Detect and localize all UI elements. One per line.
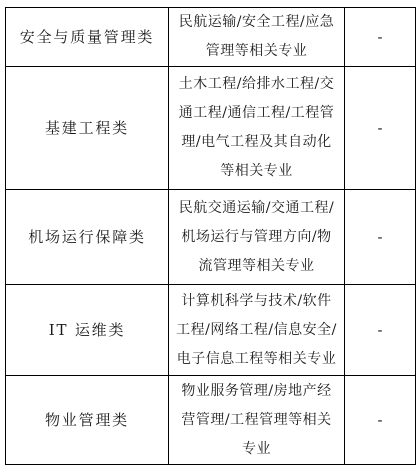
table-body: 安全与质量管理类 民航运输/安全工程/应急 管理等相关专业 - 基建工程类 土木… [6,8,416,465]
note-cell: - [345,67,416,190]
note-cell: - [345,190,416,285]
table-row: 安全与质量管理类 民航运输/安全工程/应急 管理等相关专业 - [6,8,416,67]
table-row: 基建工程类 土木工程/给排水工程/交 通工程/通信工程/工程管 理/电气工程及其… [6,67,416,190]
category-cell: 机场运行保障类 [6,190,169,285]
note-cell: - [345,376,416,465]
majors-cell: 计算机科学与技术/软件 工程/网络工程/信息安全/ 电子信息工程等相关专业 [169,285,345,376]
category-cell: IT 运维类 [6,285,169,376]
job-categories-table: 安全与质量管理类 民航运输/安全工程/应急 管理等相关专业 - 基建工程类 土木… [5,7,416,465]
majors-cell: 土木工程/给排水工程/交 通工程/通信工程/工程管 理/电气工程及其自动化 等相… [169,67,345,190]
majors-cell: 民航交通运输/交通工程/ 机场运行与管理方向/物 流管理等相关专业 [169,190,345,285]
majors-cell: 民航运输/安全工程/应急 管理等相关专业 [169,8,345,67]
note-cell: - [345,285,416,376]
majors-cell: 物业服务管理/房地产经 营管理/工程管理等相关 专业 [169,376,345,465]
category-cell: 基建工程类 [6,67,169,190]
note-cell: - [345,8,416,67]
table-row: 机场运行保障类 民航交通运输/交通工程/ 机场运行与管理方向/物 流管理等相关专… [6,190,416,285]
table-row: 物业管理类 物业服务管理/房地产经 营管理/工程管理等相关 专业 - [6,376,416,465]
table-row: IT 运维类 计算机科学与技术/软件 工程/网络工程/信息安全/ 电子信息工程等… [6,285,416,376]
category-cell: 安全与质量管理类 [6,8,169,67]
category-cell: 物业管理类 [6,376,169,465]
